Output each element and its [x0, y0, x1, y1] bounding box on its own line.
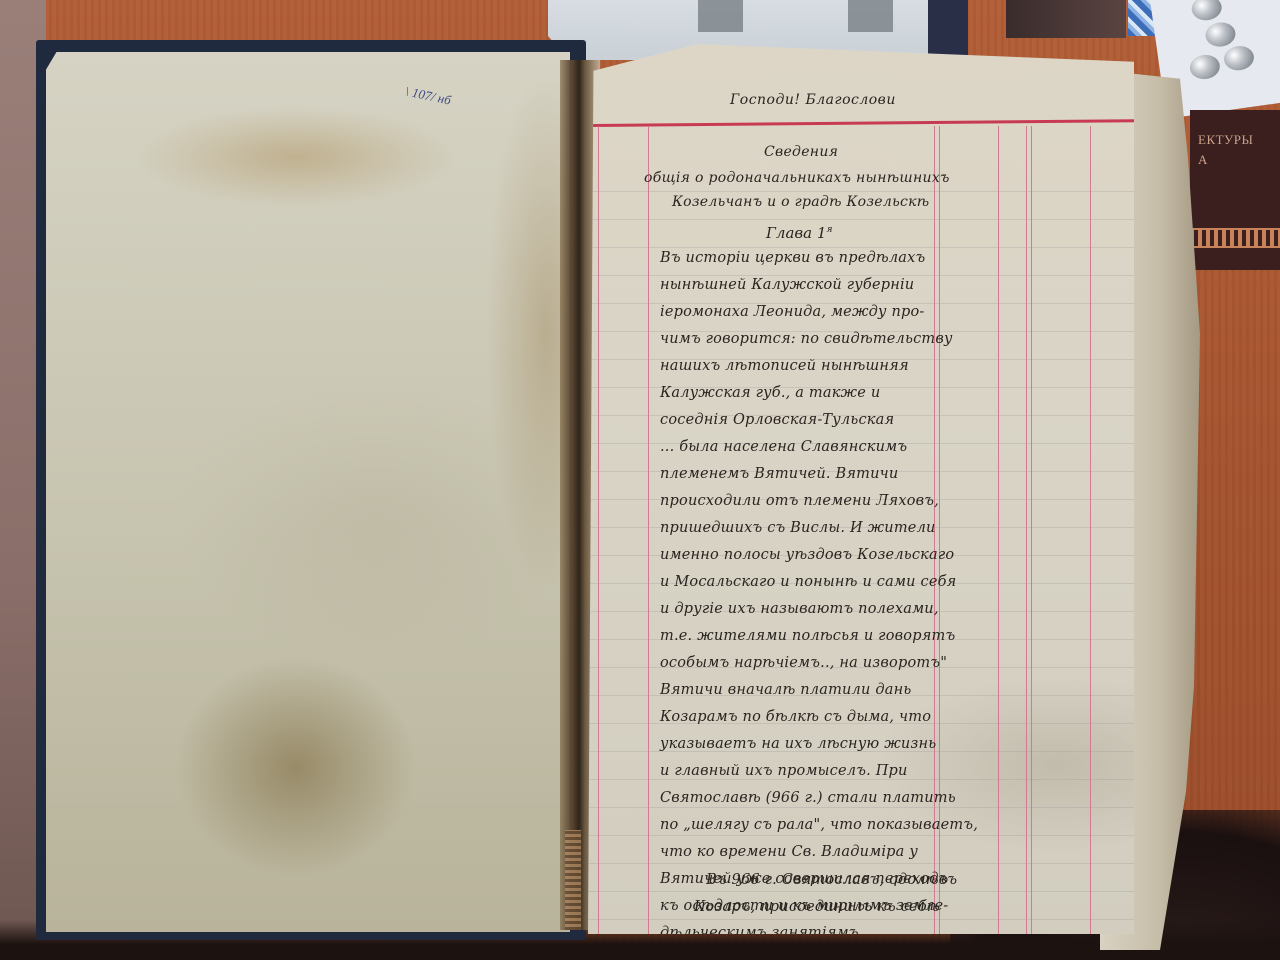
- text-line: дѣльческимъ занятіямъ..: [660, 925, 868, 934]
- manuscript-text: Господи! Благослови Сведения общія о род…: [588, 44, 1134, 934]
- text-line: ... была населена Славянскимъ: [660, 439, 907, 455]
- manuscript-page: Господи! Благослови Сведения общія о род…: [588, 44, 1134, 934]
- text-line: нашихъ лѣтописей нынѣшняя: [660, 358, 909, 374]
- chapter-number: 1: [817, 224, 827, 242]
- pill: [1222, 44, 1255, 72]
- text-line: особымъ нарѣчіемъ.., на изворотъ": [660, 655, 947, 671]
- printed-image-thumbnail: [848, 0, 893, 32]
- left-endpaper: [46, 52, 570, 932]
- title-heading: Сведения: [764, 144, 838, 160]
- background-book-architecture: ЕКТУРЫ А: [1190, 110, 1280, 270]
- spine-mesh: [565, 830, 581, 930]
- text-line: соседнія Орловская-Тульская: [660, 412, 894, 428]
- text-line: и главный ихъ промыселъ. При: [660, 763, 908, 779]
- text-line: что ко времени Св. Владиміра у: [660, 844, 918, 860]
- greek-key-border: [1190, 228, 1280, 248]
- text-line: къ осѣдлости и къ мирнымъ земле-: [660, 898, 948, 914]
- text-line: указываетъ на ихъ лѣсную жизнь: [660, 736, 936, 752]
- text-line: Вятичи вначалѣ платили дань: [660, 682, 911, 698]
- chapter-label: Глава: [766, 224, 812, 242]
- text-line: нынѣшней Калужской губерніи: [660, 277, 914, 293]
- text-line: и Мосальскаго и понынѣ и сами себя: [660, 574, 956, 590]
- title-line: Козельчанъ и о градѣ Козельскѣ: [672, 194, 929, 210]
- text-line: по „шелягу съ рала", что показываетъ,: [660, 817, 978, 833]
- text-line: именно полосы уѣздовъ Козельскаго: [660, 547, 954, 563]
- book-spine-text: ЕКТУРЫ: [1198, 132, 1253, 148]
- title-line: общія о родоначальникахъ нынѣшнихъ: [644, 170, 950, 186]
- pill: [1188, 53, 1221, 81]
- text-line: Святославѣ (966 г.) стали платить: [660, 790, 956, 806]
- text-line: чимъ говорится: по свидѣтельству: [660, 331, 953, 347]
- chapter-heading: Глава 1я: [766, 224, 832, 242]
- background-book: [928, 0, 968, 60]
- pill: [1204, 21, 1237, 49]
- text-line: Калужская губ., а также и: [660, 385, 880, 401]
- text-line: Козарамъ по бѣлкѣ съ дыма, что: [660, 709, 931, 725]
- text-line: Въ исторіи церкви въ предѣлахъ: [660, 250, 925, 266]
- pill: [1190, 0, 1223, 22]
- text-line: пришедшихъ съ Вислы. И жители: [660, 520, 936, 536]
- printed-image-thumbnail: [698, 0, 743, 32]
- text-line: іеромонаха Леонида, между про-: [660, 304, 925, 320]
- text-line: Вятичей уже совершился переходъ: [660, 871, 949, 887]
- text-line: племенемъ Вятичей. Вятичи: [660, 466, 898, 482]
- invocation: Господи! Благослови: [730, 92, 896, 108]
- chapter-suffix: я: [826, 225, 832, 235]
- book-spine-text: А: [1198, 152, 1208, 168]
- text-line: происходили отъ племени Ляховъ,: [660, 493, 939, 509]
- background-book: [1006, 0, 1126, 38]
- text-line: т.е. жителями полѣсья и говорятъ: [660, 628, 955, 644]
- text-line: и другіе ихъ называютъ полехами,: [660, 601, 939, 617]
